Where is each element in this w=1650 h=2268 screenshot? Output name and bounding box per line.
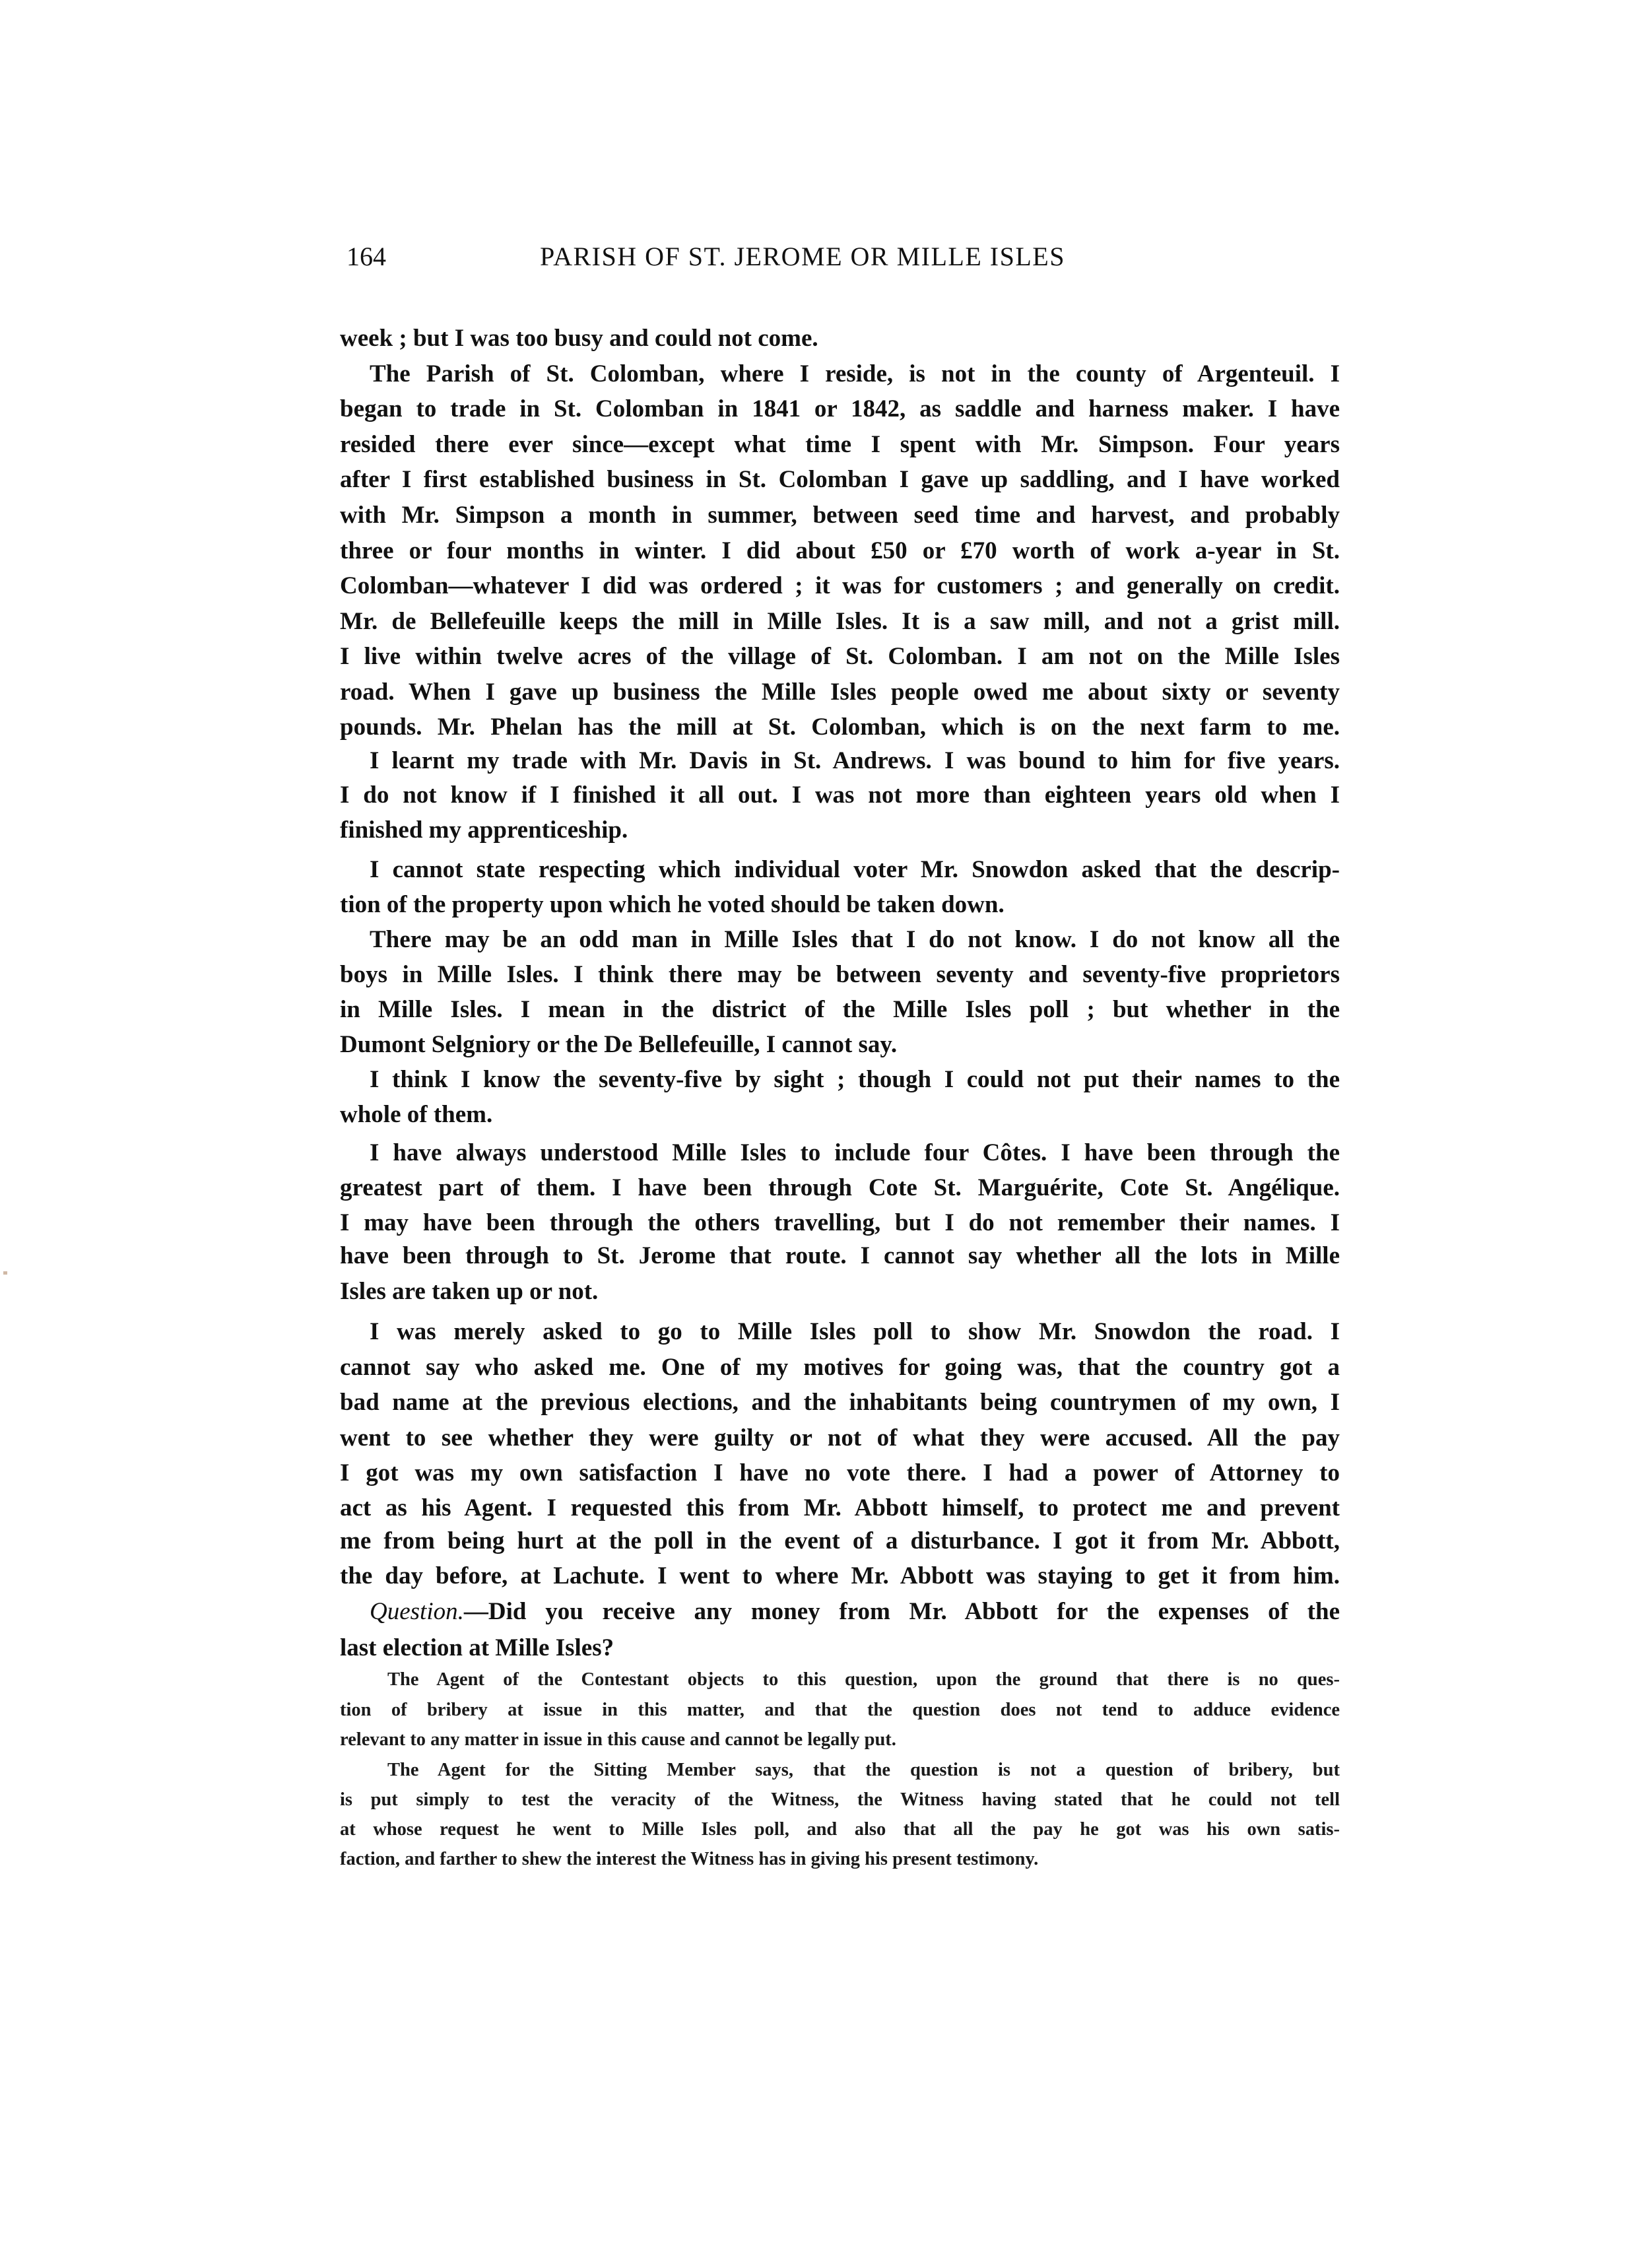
text-line: The Parish of St. Colomban, where I resi… (370, 356, 1340, 392)
text-line: road. When I gave up business the Mille … (340, 675, 1340, 710)
question-line: Question.—Did you receive any money from… (370, 1594, 1340, 1630)
text-line: I live within twelve acres of the villag… (340, 639, 1340, 675)
note-line: faction, and farther to shew the interes… (340, 1844, 1340, 1874)
text-line: I got was my own satisfaction I have no … (340, 1455, 1340, 1491)
text-line: bad name at the previous elections, and … (340, 1385, 1340, 1420)
text-line: I have always understood Mille Isles to … (370, 1135, 1340, 1171)
text-line: I do not know if I finished it all out. … (340, 778, 1340, 813)
text-line: have been through to St. Jerome that rou… (340, 1238, 1340, 1274)
note-line: The Agent for the Sitting Member says, t… (387, 1755, 1340, 1785)
text-line: I may have been through the others trave… (340, 1205, 1340, 1241)
text-line: I learnt my trade with Mr. Davis in St. … (370, 743, 1340, 779)
page-number: 164 (346, 240, 386, 273)
text-line: with Mr. Simpson a month in summer, betw… (340, 498, 1340, 533)
text-line: began to trade in St. Colomban in 1841 o… (340, 391, 1340, 427)
note-line: is put simply to test the veracity of th… (340, 1785, 1340, 1815)
text-line: greatest part of them. I have been throu… (340, 1170, 1340, 1206)
text-line: after I first established business in St… (340, 462, 1340, 498)
text-line: resided there ever since—except what tim… (340, 427, 1340, 463)
text-line: Dumont Selgniory or the De Bellefeuille,… (340, 1027, 1340, 1063)
running-head: 164 PARISH OF ST. JEROME OR MILLE ISLES (340, 240, 1343, 273)
question-text: —Did you receive any money from Mr. Abbo… (464, 1598, 1340, 1625)
note-line: tion of bribery at issue in this matter,… (340, 1695, 1340, 1725)
text-line: pounds. Mr. Phelan has the mill at St. C… (340, 710, 1340, 745)
question-label: Question. (370, 1598, 464, 1625)
text-line: the day before, at Lachute. I went to wh… (340, 1558, 1340, 1594)
note-line: relevant to any matter in issue in this … (340, 1725, 1340, 1754)
text-line: three or four months in winter. I did ab… (340, 533, 1340, 569)
note-line: at whose request he went to Mille Isles … (340, 1815, 1340, 1844)
text-line: Isles are taken up or not. (340, 1274, 1340, 1310)
text-line: cannot say who asked me. One of my motiv… (340, 1350, 1340, 1385)
scan-speck (3, 1271, 7, 1275)
running-title: PARISH OF ST. JEROME OR MILLE ISLES (540, 240, 1065, 273)
text-line: boys in Mille Isles. I think there may b… (340, 957, 1340, 993)
text-line: Mr. de Bellefeuille keeps the mill in Mi… (340, 604, 1340, 640)
text-line: me from being hurt at the poll in the ev… (340, 1523, 1340, 1559)
text-line: whole of them. (340, 1097, 1340, 1133)
question-line-2: last election at Mille Isles? (340, 1630, 1340, 1666)
text-line: tion of the property upon which he voted… (340, 887, 1340, 923)
text-line: act as his Agent. I requested this from … (340, 1490, 1340, 1526)
text-line: week ; but I was too busy and could not … (340, 321, 1340, 356)
note-line: The Agent of the Contestant objects to t… (387, 1665, 1340, 1694)
text-line: I cannot state respecting which individu… (370, 852, 1340, 888)
book-page: 164 PARISH OF ST. JEROME OR MILLE ISLES … (0, 0, 1650, 2268)
text-line: There may be an odd man in Mille Isles t… (370, 922, 1340, 958)
text-line: I think I know the seventy-five by sight… (370, 1062, 1340, 1098)
text-line: Colomban—whatever I did was ordered ; it… (340, 568, 1340, 604)
text-line: in Mille Isles. I mean in the district o… (340, 992, 1340, 1028)
text-line: finished my apprenticeship. (340, 813, 1340, 848)
text-line: I was merely asked to go to Mille Isles … (370, 1314, 1340, 1350)
text-line: went to see whether they were guilty or … (340, 1420, 1340, 1456)
